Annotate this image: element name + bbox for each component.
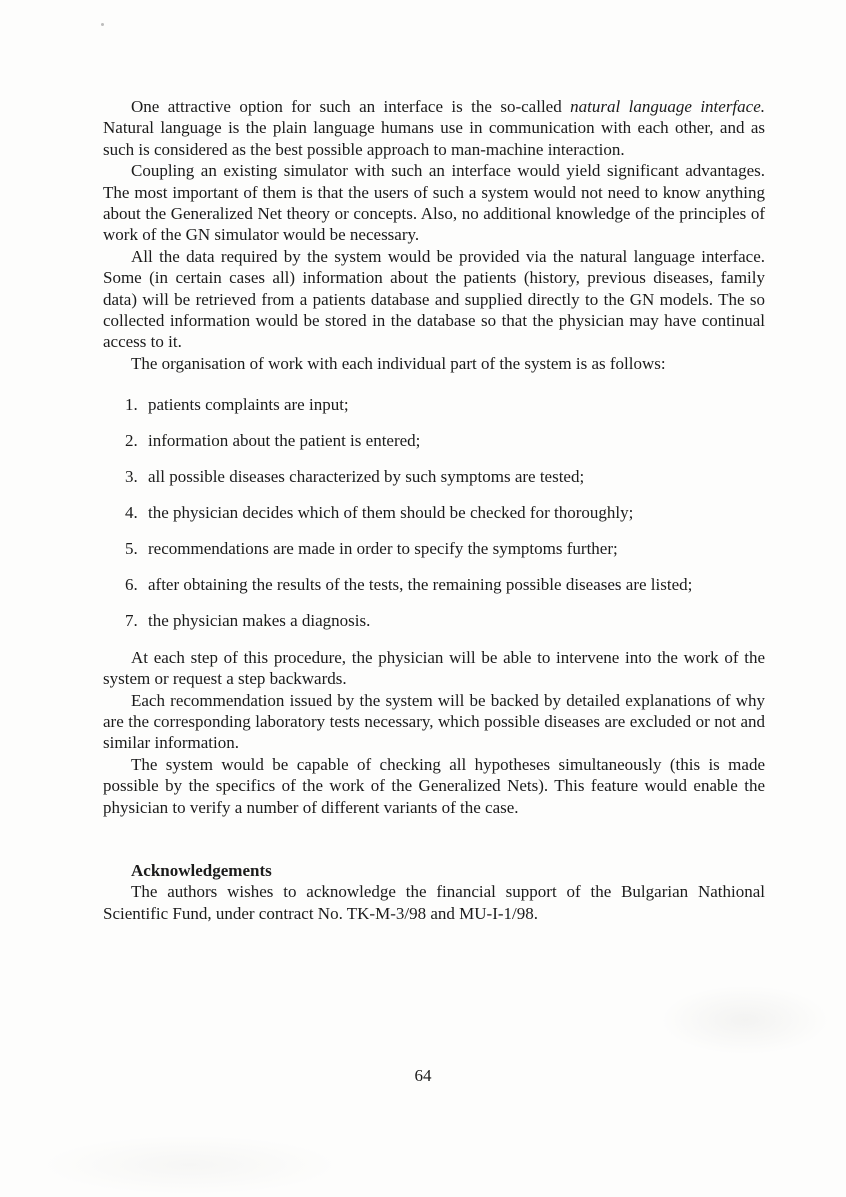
list-item: 5. recommendations are made in order to … xyxy=(103,538,765,559)
list-item-number: 6. xyxy=(125,574,148,595)
scan-speckle xyxy=(101,23,104,26)
list-item: 7. the physician makes a diagnosis. xyxy=(103,610,765,631)
list-item-text: all possible diseases characterized by s… xyxy=(148,466,765,487)
list-item: 4. the physician decides which of them s… xyxy=(103,502,765,523)
scan-smudge xyxy=(40,1135,340,1195)
list-item-number: 7. xyxy=(125,610,148,631)
paragraph-1-text-before-italic: One attractive option for such an interf… xyxy=(131,97,570,116)
page-number: 64 xyxy=(0,1066,846,1086)
list-item-number: 4. xyxy=(125,502,148,523)
list-item-text: recommendations are made in order to spe… xyxy=(148,538,765,559)
list-item: 3. all possible diseases characterized b… xyxy=(103,466,765,487)
paragraph-coupling-simulator: Coupling an existing simulator with such… xyxy=(103,160,765,246)
document-page: One attractive option for such an interf… xyxy=(0,0,846,1197)
list-item-text: the physician decides which of them shou… xyxy=(148,502,765,523)
list-item-number: 1. xyxy=(125,394,148,415)
paragraph-natural-language-interface: One attractive option for such an interf… xyxy=(103,96,765,160)
procedure-list: 1. patients complaints are input; 2. inf… xyxy=(103,394,765,631)
list-item-number: 2. xyxy=(125,430,148,451)
paragraph-data-via-interface: All the data required by the system woul… xyxy=(103,246,765,353)
acknowledgements-text: The authors wishes to acknowledge the fi… xyxy=(103,881,765,924)
paragraph-1-italic-phrase: natural language interface. xyxy=(570,97,765,116)
list-item-text: patients complaints are input; xyxy=(148,394,765,415)
list-item: 2. information about the patient is ente… xyxy=(103,430,765,451)
list-item-text: after obtaining the results of the tests… xyxy=(148,574,765,595)
paragraph-organisation-of-work: The organisation of work with each indiv… xyxy=(103,353,765,374)
list-item-number: 5. xyxy=(125,538,148,559)
page-content: One attractive option for such an interf… xyxy=(103,96,765,924)
list-item: 1. patients complaints are input; xyxy=(103,394,765,415)
acknowledgements-heading: Acknowledgements xyxy=(103,860,765,881)
list-item-text: information about the patient is entered… xyxy=(148,430,765,451)
paragraph-1-text-after-italic: Natural language is the plain language h… xyxy=(103,118,765,158)
list-item-number: 3. xyxy=(125,466,148,487)
paragraph-physician-intervene: At each step of this procedure, the phys… xyxy=(103,647,765,690)
paragraph-checking-hypotheses: The system would be capable of checking … xyxy=(103,754,765,818)
list-item: 6. after obtaining the results of the te… xyxy=(103,574,765,595)
list-item-text: the physician makes a diagnosis. xyxy=(148,610,765,631)
paragraph-recommendation-explanations: Each recommendation issued by the system… xyxy=(103,690,765,754)
scan-smudge xyxy=(660,985,830,1055)
